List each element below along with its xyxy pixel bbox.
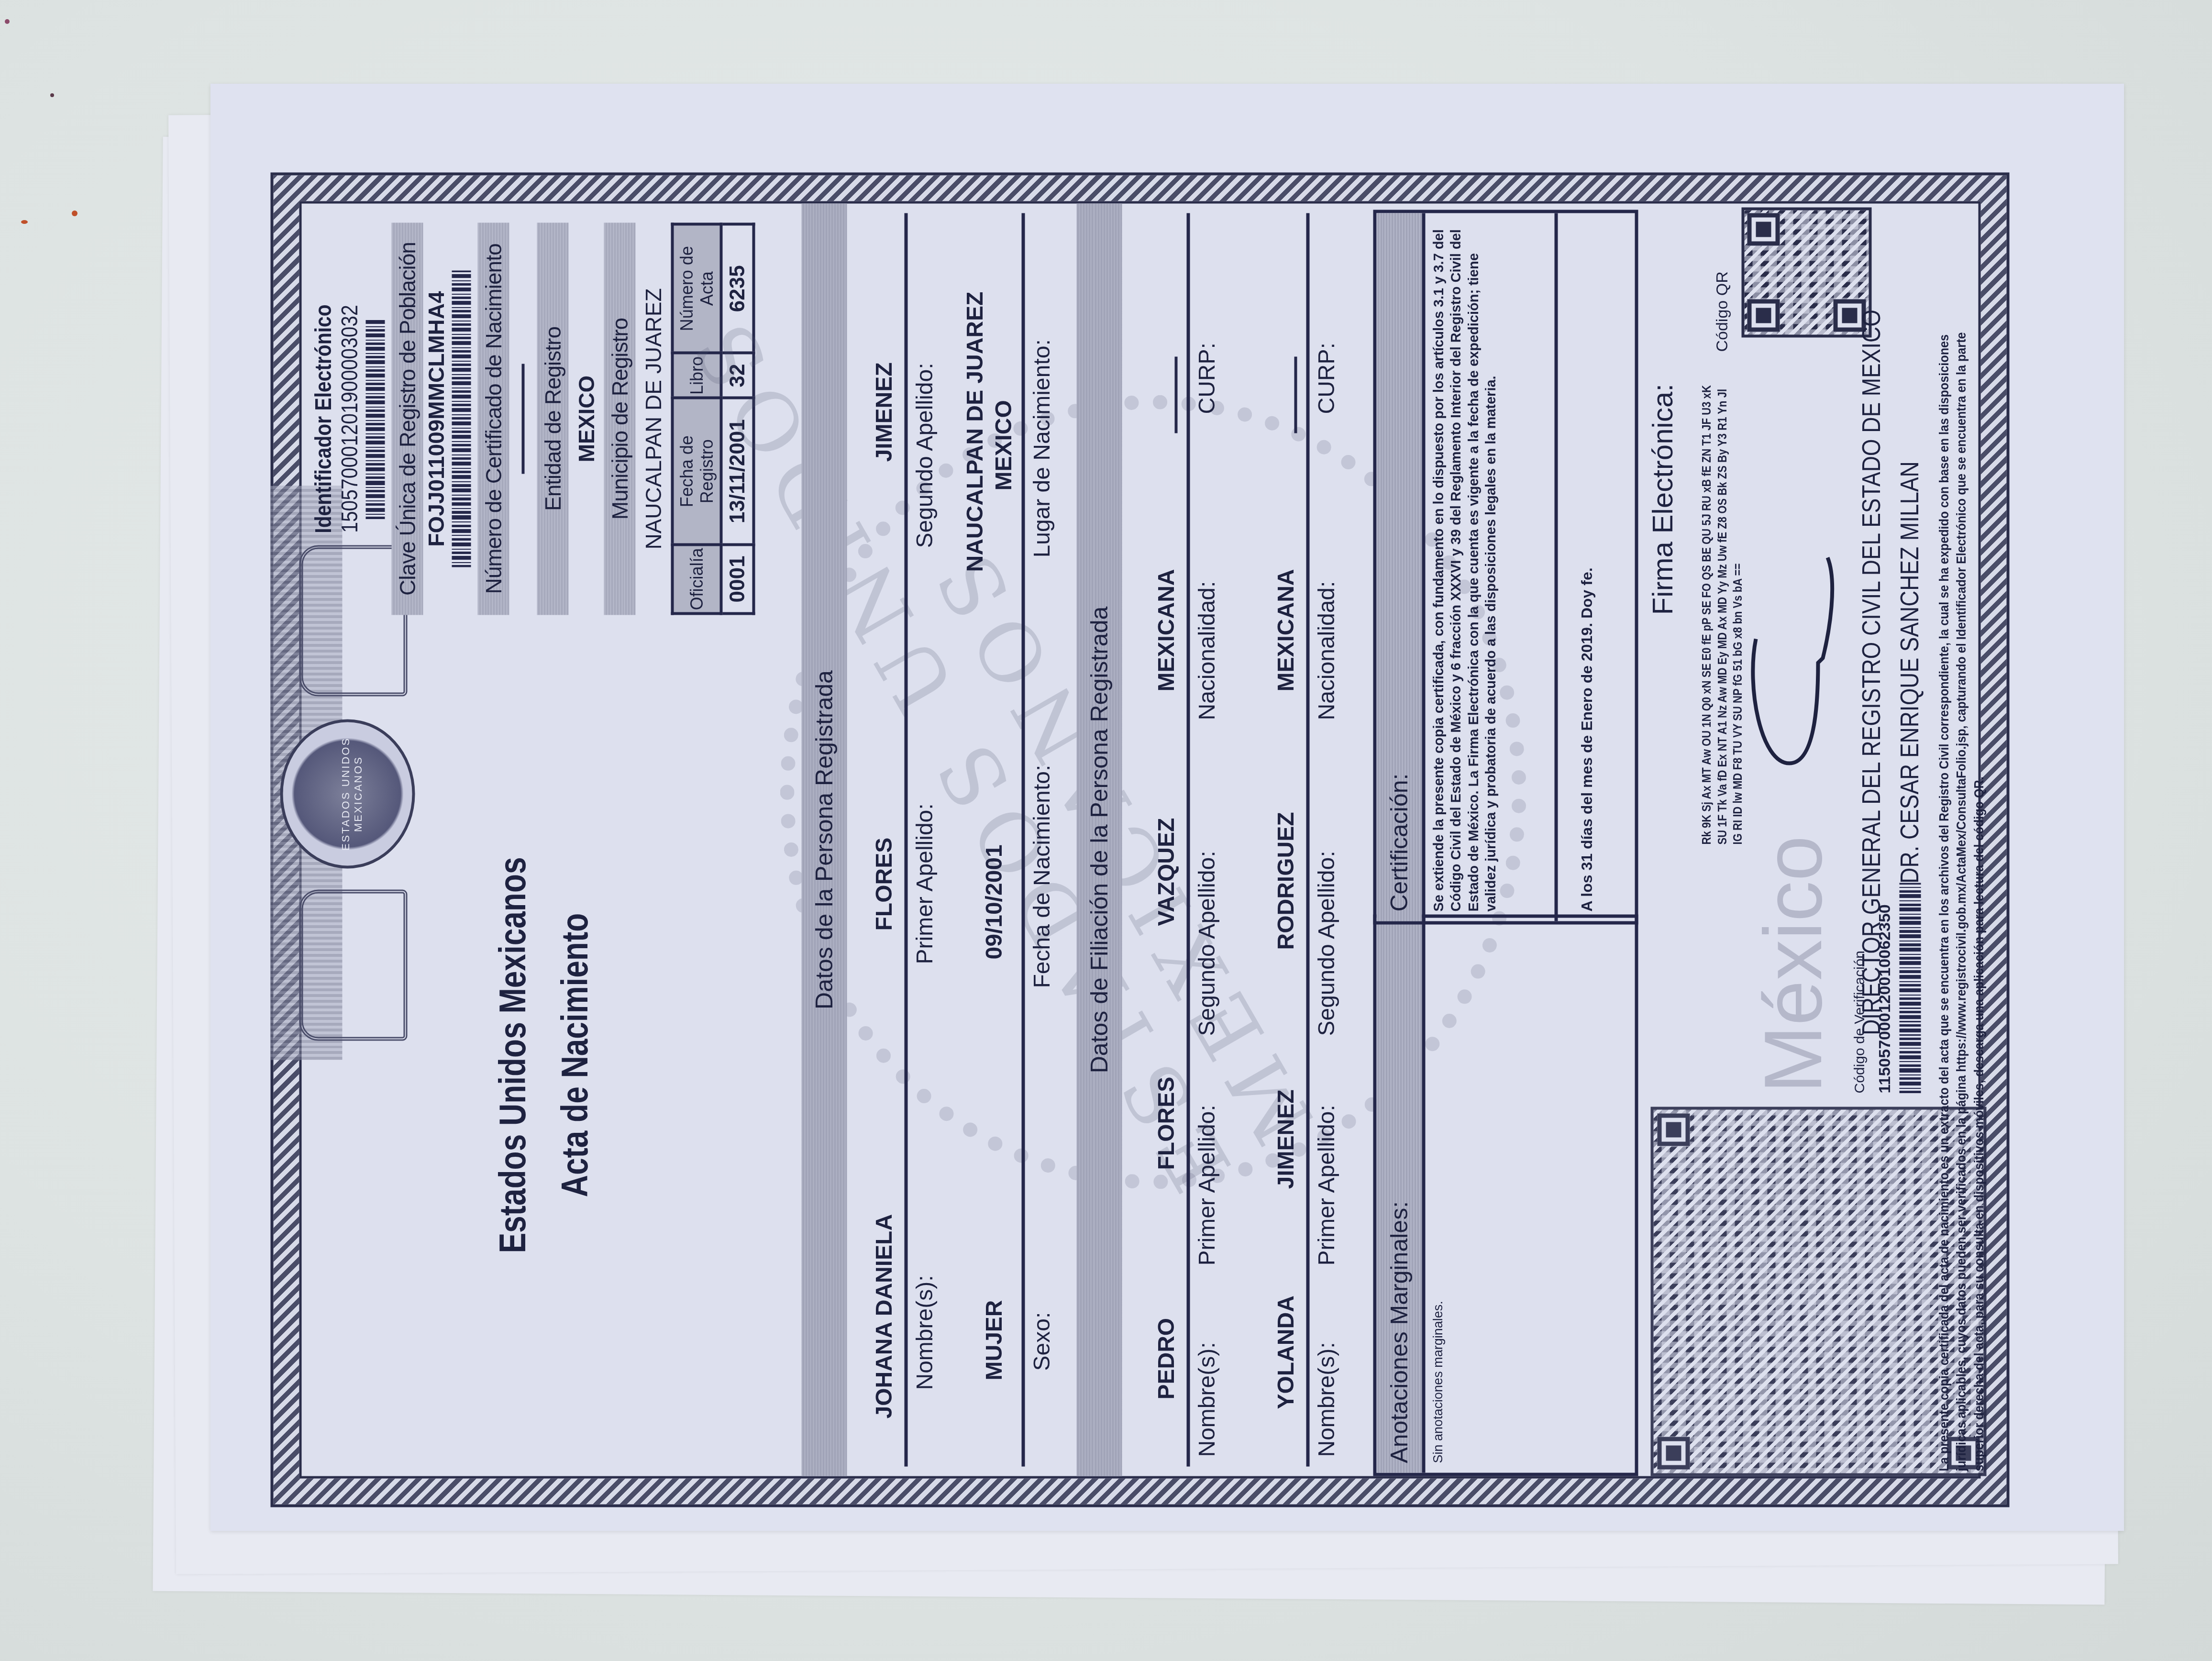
- qr-label: Código QR: [1713, 271, 1731, 352]
- curp-barcode: [452, 270, 471, 567]
- section-parents: Datos de Filiación de la Persona Registr…: [1076, 203, 1122, 1476]
- label-father-names: Nombre(s):: [1194, 1342, 1220, 1457]
- curp-value: FOJJ011009MMCLMHA4: [423, 222, 449, 615]
- municipality-label: Municipio de Registro: [604, 222, 635, 615]
- label-father-nationality: Nacionalidad:: [1194, 581, 1220, 720]
- divider: [1021, 213, 1025, 1466]
- label-sex: Sexo:: [1029, 1312, 1055, 1371]
- footer-line: jurídicas aplicables, cuyos datos pueden…: [1952, 222, 1969, 1471]
- country-title: Estados Unidos Mexicanos: [490, 709, 534, 1400]
- electronic-id-value: 150570001201900003032: [336, 252, 363, 586]
- qr-finder: [1747, 299, 1780, 332]
- registered-sex: MUJER: [981, 1300, 1007, 1380]
- footer-line: La presente copia certificada del acta d…: [1935, 222, 1952, 1471]
- registered-second-surname: JIMENEZ: [871, 362, 897, 462]
- registered-person-row-2: MUJER 09/10/2001 NAUCALPAN DE JUAREZ MEX…: [962, 213, 1072, 1466]
- mother-second-surname: RODRIGUEZ: [1272, 812, 1299, 950]
- debris-speck: [21, 220, 28, 224]
- footer-disclaimer: La presente copia certificada del acta d…: [1935, 222, 1987, 1471]
- footer-line: superior derecha del acta, para su consu…: [1970, 222, 1987, 1471]
- registered-birth-date: 09/10/2001: [981, 844, 1007, 959]
- annotations-text: Sin anotaciones marginales.: [1425, 918, 1451, 1473]
- label-mother-second-surname: Segundo Apellido:: [1313, 851, 1339, 1036]
- registered-birth-place-2: MEXICO: [990, 400, 1017, 490]
- father-nationality: MEXICANA: [1153, 569, 1179, 691]
- label-father-first-surname: Primer Apellido:: [1194, 1105, 1220, 1265]
- mother-nationality: MEXICANA: [1272, 569, 1299, 691]
- mother-first-surname: JIMENEZ: [1272, 1089, 1299, 1189]
- hash-line: IG RI ID lw MD F8 TU VY SU NP fG 51 bG x…: [1729, 275, 1745, 844]
- curp-label: Clave Única de Registro de Población: [391, 222, 423, 615]
- father-curp-blank: [1174, 356, 1177, 433]
- document-title: Acta de Nacimiento: [553, 709, 596, 1400]
- entity-label: Entidad de Registro: [537, 222, 568, 615]
- certification-box: Certificación: Se extiende la presente c…: [1373, 210, 1638, 924]
- debris-speck: [72, 210, 77, 216]
- national-seal-icon: ESTADOS UNIDOS MEXICANOS: [280, 719, 415, 868]
- divider: [1186, 213, 1190, 1466]
- electronic-id-label: Identificador Electrónico: [310, 252, 336, 586]
- electronic-id-barcode: [365, 318, 385, 519]
- debris-speck: [5, 19, 10, 24]
- director-name: DR. CESAR ENRIQUE SANCHEZ MILLAN: [1894, 274, 1924, 1071]
- qr-finder: [1747, 213, 1780, 245]
- divider: [1306, 213, 1309, 1466]
- registered-birth-place-1: NAUCALPAN DE JUAREZ: [962, 291, 988, 572]
- annotations-title: Anotaciones Marginales:: [1376, 918, 1425, 1473]
- section-registered-person: Datos de la Persona Registrada: [801, 203, 847, 1476]
- label-mother-names: Nombre(s):: [1313, 1342, 1339, 1457]
- mother-names: YOLANDA: [1272, 1296, 1299, 1409]
- municipality-value: NAUCALPAN DE JUAREZ: [640, 222, 666, 615]
- label-mother-nationality: Nacionalidad:: [1313, 581, 1339, 720]
- entity-value: MEXICO: [573, 222, 599, 615]
- divider: [904, 213, 907, 1466]
- father-second-surname: VAZQUEZ: [1153, 818, 1179, 926]
- birth-cert-number-blank: [521, 364, 524, 474]
- label-birth-date: Fecha de Nacimiento:: [1029, 764, 1055, 988]
- father-row: PEDRO FLORES VAZQUEZ MEXICANA Nombre(s):…: [1134, 213, 1244, 1466]
- mother-row: YOLANDA JIMENEZ RODRIGUEZ MEXICANA Nombr…: [1253, 213, 1363, 1466]
- annotations-box: Anotaciones Marginales: Sin anotaciones …: [1373, 914, 1638, 1476]
- qr-finder: [1657, 1437, 1690, 1469]
- father-first-surname: FLORES: [1153, 1076, 1179, 1170]
- seal-text: ESTADOS UNIDOS MEXICANOS: [339, 722, 364, 865]
- electronic-signature-title: Firma Electrónica:: [1646, 384, 1679, 615]
- header-oficialia: Oficialía: [672, 544, 721, 613]
- registered-names: JOHANA DANIELA: [871, 1214, 897, 1418]
- header-fecha-registro: Fecha de Registro: [672, 398, 721, 544]
- value-oficialia: 0001: [721, 544, 753, 613]
- label-father-curp: CURP:: [1194, 343, 1220, 414]
- aztec-glyph-left-icon: [299, 889, 407, 1041]
- certification-text: Se extiende la presente copia certificad…: [1425, 213, 1558, 921]
- director-title: DIRECTOR GENERAL DEL REGISTRO CIVIL DEL …: [1856, 274, 1886, 1071]
- label-names: Nombre(s):: [911, 1275, 938, 1390]
- label-mother-curp: CURP:: [1313, 343, 1339, 414]
- mother-curp-blank: [1294, 356, 1297, 433]
- handwritten-signature-icon: [1746, 533, 1851, 782]
- hash-line: Rk 9K Sj Ax MT Aw OU 1N Q0 xN SE E0 fE p…: [1698, 275, 1714, 844]
- certification-date: A los 31 días del mes de Enero de 2019. …: [1558, 213, 1601, 921]
- electronic-signature-hash: Rk 9K Sj Ax MT Aw OU 1N Q0 xN SE E0 fE p…: [1698, 275, 1745, 844]
- hash-line: SU 1F Tk Va fD Ex NT A1 Nz Aw MD Ey MD A…: [1714, 275, 1730, 844]
- label-first-surname: Primer Apellido:: [911, 803, 938, 964]
- label-father-second-surname: Segundo Apellido:: [1194, 851, 1220, 1036]
- birth-certificate: ESTADOS UNIDOS MEXICANOS Estados Unidos …: [270, 172, 2009, 1507]
- certificate-content: ESTADOS UNIDOS MEXICANOS Estados Unidos …: [301, 203, 1978, 1476]
- birth-cert-number-label: Número de Certificado de Nacimiento: [477, 222, 509, 615]
- registered-person-row-1: JOHANA DANIELA FLORES JIMENEZ Nombre(s):…: [856, 213, 952, 1466]
- label-mother-first-surname: Primer Apellido:: [1313, 1105, 1339, 1265]
- registered-first-surname: FLORES: [871, 837, 897, 930]
- identifiers-panel: Identificador Electrónico 15057000120190…: [301, 222, 755, 615]
- label-birth-place: Lugar de Nacimiento:: [1029, 339, 1055, 557]
- qr-finder: [1657, 1113, 1690, 1146]
- father-names: PEDRO: [1153, 1318, 1179, 1399]
- qr-code-small: [1741, 207, 1871, 337]
- debris-speck: [50, 93, 54, 97]
- certification-title: Certificación:: [1376, 213, 1425, 921]
- label-second-surname: Segundo Apellido:: [911, 363, 938, 548]
